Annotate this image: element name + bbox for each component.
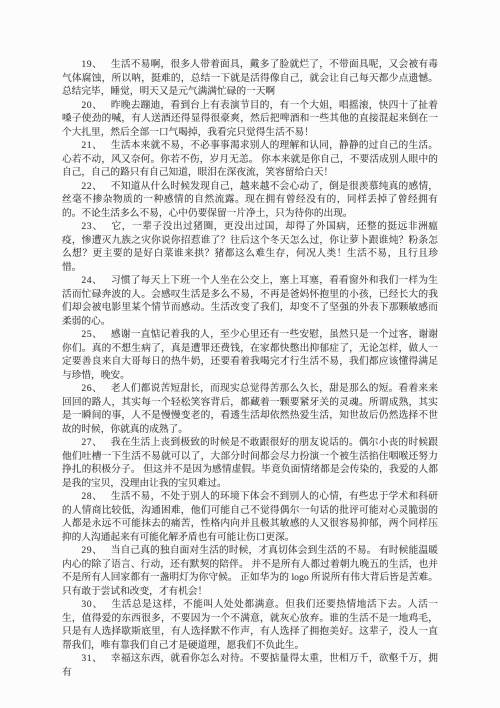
paragraph-23: 23、它，一辈子没出过猪圈，更没出过国，却得了外国病，还整的挺远非洲瘟疫，惨遭灭… [62,220,438,274]
paragraph-number: 21、 [81,140,102,151]
paragraph-text: 我在生活上丧到极致的时候是不敢跟很好的朋友说话的。偶尔小丧的时候跟他们吐槽一下生… [62,437,438,489]
paragraph-number: 28、 [81,491,102,502]
paragraph-29: 29、当自己真的独自面对生活的时候，才真切体会到生活的不易。 有时候能温暖内心的… [62,544,438,598]
paragraph-20: 20、昨晚去蹦迪，看到台上有表演节目的，有一个大姐，唱摇滚，快四十了扯着嗓子使劲… [62,99,438,140]
paragraph-number: 19、 [81,59,102,70]
paragraph-19: 19、生活不易啊，很多人带着面具，戴多了脸就烂了，不带面具呢，又会被有毒气体腐蚀… [62,58,438,99]
paragraph-text: 它，一辈子没出过猪圈，更没出过国，却得了外国病，还整的挺远非洲瘟疫，惨遭灭九族之… [62,221,438,273]
paragraph-text: 老人们都说苦短甜长，而现实总觉得苦那么久长，甜是那么的短。看着来来回回的路人，其… [62,383,438,435]
paragraph-number: 29、 [81,545,102,556]
paragraph-text: 感谢一直惦记着我的人，至少心里还有一些安慰，虽然只是一个过客，谢谢你们。真的不想… [62,329,438,381]
paragraph-26: 26、老人们都说苦短甜长，而现实总觉得苦那么久长，甜是那么的短。看着来来回回的路… [62,382,438,436]
paragraph-28: 28、生活不易，不处于别人的环境下体会不到别人的心情，有些忠于学术和科研的人情商… [62,490,438,544]
paragraph-22: 22、不知道从什么时候发现自己，越来越不会心动了，倒是很羡慕纯真的感情，丝毫不掺… [62,180,438,221]
paragraph-text: 幸福这东西，就看你怎么对待。不要掂量得太重，世相万千，欲壑千万，拥有 [62,653,438,678]
paragraph-number: 25、 [81,329,102,340]
paragraph-number: 22、 [81,181,102,192]
paragraph-number: 31、 [81,653,102,664]
paragraph-31: 31、幸福这东西，就看你怎么对待。不要掂量得太重，世相万千，欲壑千万，拥有 [62,652,438,679]
paragraph-30: 30、生活总是这样，不能叫人处处都满意。但我们还要热情地活下去。人活一生，值得爱… [62,598,438,652]
paragraph-number: 23、 [81,221,103,232]
paragraph-text: 生活总是这样，不能叫人处处都满意。但我们还要热情地活下去。人活一生，值得爱的东西… [62,599,438,651]
paragraph-text: 当自己真的独自面对生活的时候，才真切体会到生活的不易。 有时候能温暖内心的除了语… [62,545,438,597]
paragraph-text: 生活不易，不处于别人的环境下体会不到别人的心情，有些忠于学术和科研的人情商比较低… [62,491,438,543]
paragraph-number: 30、 [81,599,103,610]
paragraph-text: 习惯了每天上下班一个人坐在公交上，塞上耳塞，看看窗外和我们一样为生活而忙碌奔波的… [62,275,438,327]
paragraph-text: 昨晚去蹦迪，看到台上有表演节目的，有一个大姐，唱摇滚，快四十了扯着嗓子使劲的喊，… [62,100,438,138]
paragraph-text: 生活不易啊，很多人带着面具，戴多了脸就烂了，不带面具呢，又会被有毒气体腐蚀，所以… [62,59,438,97]
document-body: 19、生活不易啊，很多人带着面具，戴多了脸就烂了，不带面具呢，又会被有毒气体腐蚀… [62,58,438,679]
paragraph-text: 生活本来就不易，不必事事渴求别人的理解和认同，静静的过自己的生活。心若不动，风又… [62,140,438,178]
paragraph-27: 27、我在生活上丧到极致的时候是不敢跟很好的朋友说话的。偶尔小丧的时候跟他们吐槽… [62,436,438,490]
document-page: 19、生活不易啊，很多人带着面具，戴多了脸就烂了，不带面具呢，又会被有毒气体腐蚀… [0,0,500,708]
paragraph-21: 21、生活本来就不易，不必事事渴求别人的理解和认同，静静的过自己的生活。心若不动… [62,139,438,180]
paragraph-number: 20、 [81,100,102,111]
paragraph-number: 27、 [81,437,102,448]
paragraph-number: 26、 [81,383,102,394]
paragraph-24: 24、习惯了每天上下班一个人坐在公交上，塞上耳塞，看看窗外和我们一样为生活而忙碌… [62,274,438,328]
paragraph-25: 25、感谢一直惦记着我的人，至少心里还有一些安慰，虽然只是一个过客，谢谢你们。真… [62,328,438,382]
paragraph-number: 24、 [81,275,102,286]
paragraph-text: 不知道从什么时候发现自己，越来越不会心动了，倒是很羡慕纯真的感情，丝毫不掺杂物质… [62,181,438,219]
